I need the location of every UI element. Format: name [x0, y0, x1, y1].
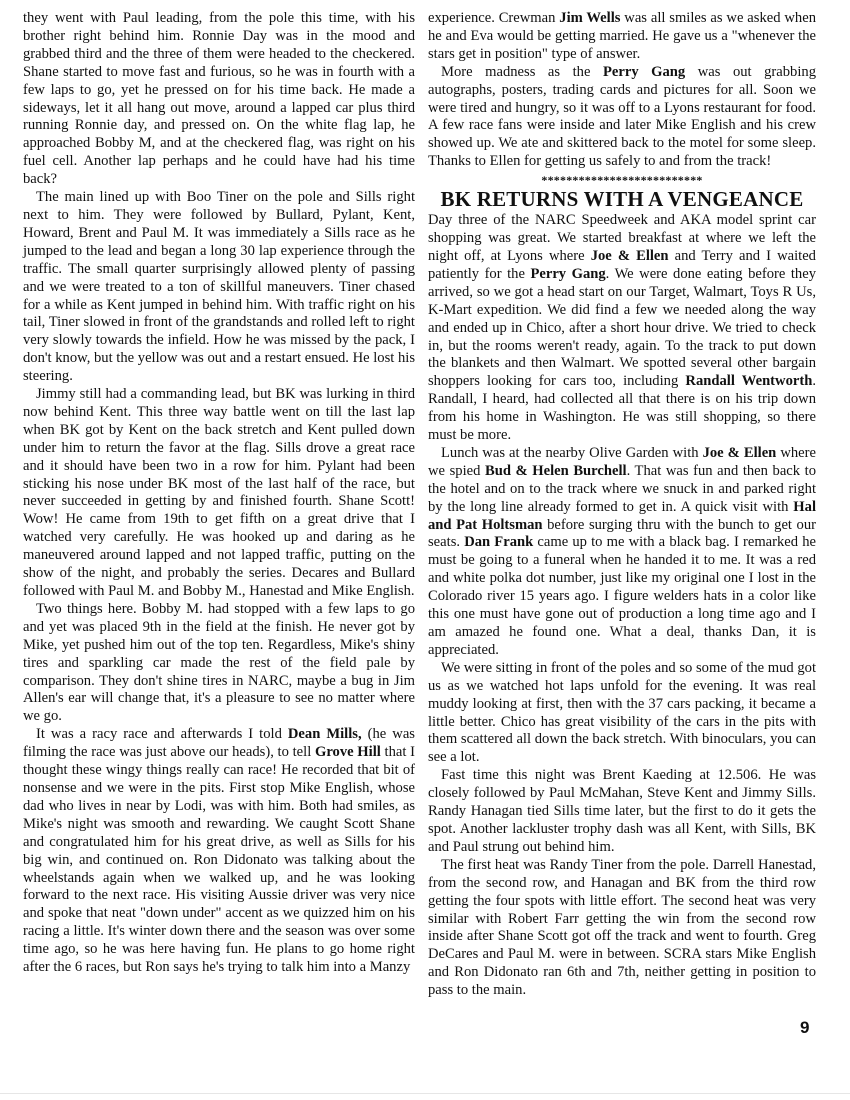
text-run: More madness as the — [441, 64, 603, 80]
paragraph: Day three of the NARC Speedweek and AKA … — [428, 212, 816, 445]
article-body: Day three of the NARC Speedweek and AKA … — [428, 212, 816, 1000]
text-run: Jimmy still had a commanding lead, but B… — [23, 386, 415, 599]
paragraph: they went with Paul leading, from the po… — [23, 10, 415, 189]
bold-name: Perry Gang — [603, 64, 685, 80]
paragraph: More madness as the Perry Gang was out g… — [428, 64, 816, 171]
paragraph: It was a racy race and afterwards I told… — [23, 726, 415, 977]
right-column: experience. Crewman Jim Wells was all sm… — [428, 10, 816, 1000]
paragraph: Two things here. Bobby M. had stopped wi… — [23, 601, 415, 726]
paragraph: Lunch was at the nearby Olive Garden wit… — [428, 445, 816, 660]
section-separator: ************************** — [428, 172, 816, 188]
paragraph: Jimmy still had a commanding lead, but B… — [23, 386, 415, 601]
bold-name: Randall Wentworth — [685, 373, 812, 389]
text-run: The first heat was Randy Tiner from the … — [428, 857, 816, 998]
text-run: We were sitting in front of the poles an… — [428, 660, 816, 766]
paragraph: The first heat was Randy Tiner from the … — [428, 857, 816, 1000]
text-run: that I thought these wingy things really… — [23, 744, 415, 975]
magazine-page: they went with Paul leading, from the po… — [0, 0, 850, 1100]
text-run: came up to me with a black bag. I remark… — [428, 534, 816, 657]
text-run: they went with Paul leading, from the po… — [23, 10, 415, 187]
bold-name: Dean Mills, — [288, 726, 362, 742]
text-run: It was a racy race and afterwards I told — [36, 726, 288, 742]
text-run: Lunch was at the nearby Olive Garden wit… — [441, 445, 703, 461]
bold-name: Grove Hill — [315, 744, 381, 760]
page-number: 9 — [800, 1018, 809, 1038]
bold-name: Joe & Ellen — [591, 248, 669, 264]
text-run: The main lined up with Boo Tiner on the … — [23, 189, 415, 384]
article-headline: BK RETURNS WITH A VENGEANCE — [428, 188, 816, 211]
bold-name: Joe & Ellen — [703, 445, 777, 461]
text-run: . We were done eating before they arrive… — [428, 266, 816, 389]
paragraph: Fast time this night was Brent Kaeding a… — [428, 767, 816, 857]
bold-name: Dan Frank — [464, 534, 533, 550]
text-run: experience. Crewman — [428, 10, 559, 26]
left-column: they went with Paul leading, from the po… — [23, 10, 415, 977]
bold-name: Bud & Helen Burchell — [485, 463, 627, 479]
text-run: Two things here. Bobby M. had stopped wi… — [23, 601, 415, 724]
story-continuation: experience. Crewman Jim Wells was all sm… — [428, 10, 816, 171]
paragraph: We were sitting in front of the poles an… — [428, 660, 816, 767]
bold-name: Jim Wells — [559, 10, 620, 26]
paragraph: experience. Crewman Jim Wells was all sm… — [428, 10, 816, 64]
text-run: Fast time this night was Brent Kaeding a… — [428, 767, 816, 855]
bold-name: Perry Gang — [530, 266, 605, 282]
scan-edge — [0, 1093, 850, 1094]
paragraph: The main lined up with Boo Tiner on the … — [23, 189, 415, 386]
